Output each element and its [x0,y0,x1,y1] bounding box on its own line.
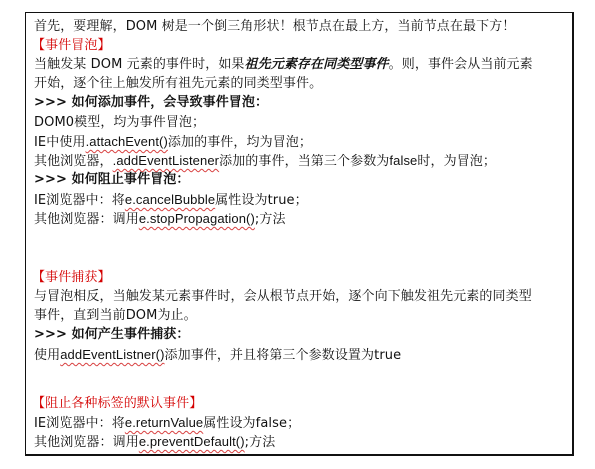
text-segment: 其他浏览器：调用 [34,212,139,227]
capturing-heading: 【事件捕获】 [32,268,111,287]
text-segment: 添加事件，并且将第三个参数设置为true [165,348,402,363]
question-stop-bubble: >>> 如何阻止事件冒泡： [34,170,190,189]
use-listener-line: 使用addEventListner()添加事件，并且将第三个参数设置为true [34,345,401,365]
prevent-ie-line: IE浏览器中：将e.returnValue属性设为false； [34,413,300,433]
question-create-capture: >>> 如何产生事件捕获： [34,325,190,344]
bubbling-desc-line2: 开始，逐个往上触发所有祖先元素的同类型事件。 [34,74,322,93]
bubbling-desc-line1: 当触发某 DOM 元素的事件时，如果祖先元素存在同类型事件。则，事件会从当前元素 [34,55,533,74]
dom0-line: DOM0模型，均为事件冒泡； [34,113,205,132]
code-attach-event: .attachEvent() [86,134,168,149]
code-add-event-listener: .addEventListener [113,153,220,168]
text-segment: ;方法 [255,212,286,227]
text-segment: 使用 [34,348,60,363]
text-segment: ;方法 [245,435,276,450]
text-segment: IE浏览器中：将 [34,416,125,431]
other-add-listener-line: 其他浏览器，.addEventListener添加的事件，当第三个参数为fals… [34,151,496,171]
capturing-desc-line1: 与冒泡相反，当触发某元素事件时，会从根节点开始，逐个向下触发祖先元素的同类型 [34,287,532,306]
code-stop-propagation: e.stopPropagation() [139,211,255,226]
bubbling-heading: 【事件冒泡】 [32,36,111,55]
text-segment: 。则，事件会从当前元素 [389,57,533,72]
text-segment: 添加的事件，当第三个参数为 [219,154,389,169]
capturing-desc-line2: 事件，直到当前DOM为止。 [34,306,197,325]
ie-attach-line: IE中使用.attachEvent()添加的事件，均为冒泡； [34,132,312,152]
false-value: false [389,153,417,168]
intro-line: 首先，要理解，DOM 树是一个倒三角形状！根节点在最上方，当前节点在最下方！ [34,17,515,36]
text-segment: 添加的事件，均为冒泡； [168,135,312,150]
text-segment: IE浏览器中：将 [34,193,125,208]
stop-ie-line: IE浏览器中：将e.cancelBubble属性设为true； [34,190,308,210]
code-prevent-default: e.preventDefault() [139,434,245,449]
prevent-default-heading: 【阻止各种标签的默认事件】 [32,394,202,413]
code-add-event-listner: addEventListner() [60,347,164,362]
text-segment: 其他浏览器， [34,154,113,169]
code-cancel-bubble: e.cancelBubble [125,192,215,207]
prevent-other-line: 其他浏览器：调用e.preventDefault();方法 [34,432,275,452]
text-segment: 时，为冒泡； [417,154,496,169]
text-segment: 属性设为true； [215,193,308,208]
text-segment: 属性设为false； [203,416,300,431]
intro-text: 首先，要理解，DOM 树是一个倒三角形状！根节点在最上方，当前节点在最下方！ [34,19,515,34]
question-add-event: >>> 如何添加事件，会导致事件冒泡： [34,93,268,112]
code-return-value: e.returnValue [125,415,203,430]
text-segment: 其他浏览器：调用 [34,435,139,450]
stop-other-line: 其他浏览器：调用e.stopPropagation();方法 [34,209,286,229]
text-segment: IE中使用 [34,135,86,150]
text-segment: 当触发某 DOM 元素的事件时，如果 [34,57,245,72]
emphasis-text: 祖先元素存在同类型事件 [245,57,389,72]
document-frame: 首先，要理解，DOM 树是一个倒三角形状！根节点在最上方，当前节点在最下方！ 【… [25,12,574,456]
